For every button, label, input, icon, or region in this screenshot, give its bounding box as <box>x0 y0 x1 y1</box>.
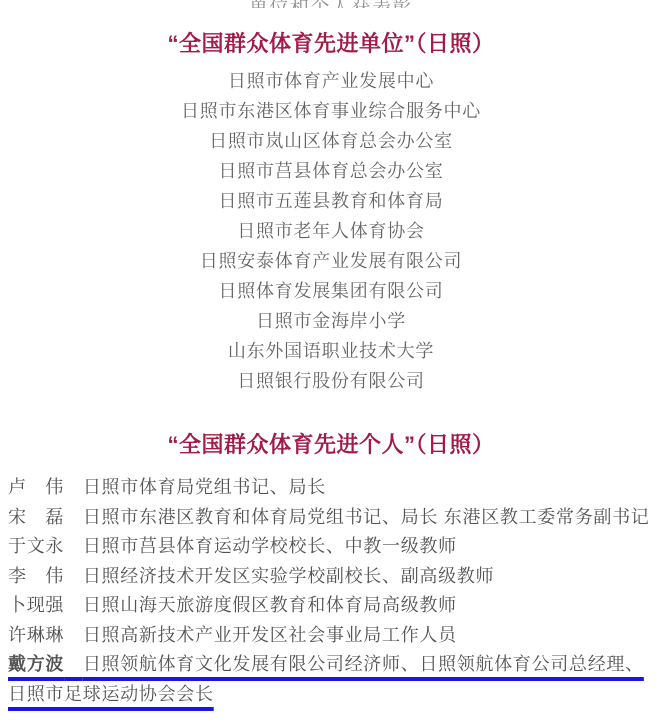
unit-item: 日照市老年人体育协会 <box>0 216 662 246</box>
person-row: 戴方波日照领航体育文化发展有限公司经济师、日照领航体育公司总经理、日照市足球运动… <box>8 650 654 709</box>
person-name: 卜现强 <box>8 595 83 615</box>
article-page: { "top": { "clipped_text": "单位和个人获表彰" },… <box>0 0 662 721</box>
persons-list: 卢 伟日照市体育局党组书记、局长 宋 磊日照市东港区教育和体育局党组书记、局长 … <box>0 473 662 709</box>
unit-item: 日照体育发展集团有限公司 <box>0 276 662 306</box>
unit-item: 日照市金海岸小学 <box>0 306 662 336</box>
person-row: 李 伟日照经济技术开发区实验学校副校长、副高级教师 <box>8 562 654 592</box>
unit-item: 山东外国语职业技术大学 <box>0 336 662 366</box>
person-title: 日照领航体育文化发展有限公司经济师、日照领航体育公司总经理、日照市足球运动协会会… <box>8 654 644 704</box>
person-row: 卜现强日照山海天旅游度假区教育和体育局高级教师 <box>8 591 654 621</box>
person-name: 卢 伟 <box>8 477 83 497</box>
person-title: 日照高新技术产业开发区社会事业局工作人员 <box>83 625 457 645</box>
unit-item: 日照银行股份有限公司 <box>0 366 662 396</box>
person-row: 宋 磊日照市东港区教育和体育局党组书记、局长 东港区教工委常务副书记 <box>8 503 654 533</box>
person-name: 李 伟 <box>8 566 83 586</box>
unit-item: 日照市东港区体育事业综合服务中心 <box>0 96 662 126</box>
person-row: 卢 伟日照市体育局党组书记、局长 <box>8 473 654 503</box>
units-section-heading: “全国群众体育先进单位”（日照） <box>0 30 662 58</box>
person-name: 宋 磊 <box>8 507 83 527</box>
unit-item: 日照安泰体育产业发展有限公司 <box>0 246 662 276</box>
person-name: 许琳琳 <box>8 625 83 645</box>
person-row: 于文永日照市莒县体育运动学校校长、中教一级教师 <box>8 532 654 562</box>
unit-item: 日照市体育产业发展中心 <box>0 66 662 96</box>
persons-section-heading: “全国群众体育先进个人”（日照） <box>0 431 662 459</box>
person-title: 日照市东港区教育和体育局党组书记、局长 东港区教工委常务副书记 <box>83 507 650 527</box>
person-title: 日照经济技术开发区实验学校副校长、副高级教师 <box>83 566 494 586</box>
person-title: 日照市体育局党组书记、局长 <box>83 477 326 497</box>
person-name: 戴方波 <box>8 654 83 674</box>
person-title: 日照山海天旅游度假区教育和体育局高级教师 <box>83 595 457 615</box>
person-title: 日照市莒县体育运动学校校长、中教一级教师 <box>83 536 457 556</box>
clipped-header-text-content: 单位和个人获表彰 <box>249 0 413 8</box>
clipped-header-text: 单位和个人获表彰 <box>0 0 662 8</box>
unit-item: 日照市五莲县教育和体育局 <box>0 186 662 216</box>
unit-item: 日照市岚山区体育总会办公室 <box>0 126 662 156</box>
person-row: 许琳琳日照高新技术产业开发区社会事业局工作人员 <box>8 621 654 651</box>
unit-item: 日照市莒县体育总会办公室 <box>0 156 662 186</box>
person-name: 于文永 <box>8 536 83 556</box>
units-list: 日照市体育产业发展中心 日照市东港区体育事业综合服务中心 日照市岚山区体育总会办… <box>0 66 662 396</box>
